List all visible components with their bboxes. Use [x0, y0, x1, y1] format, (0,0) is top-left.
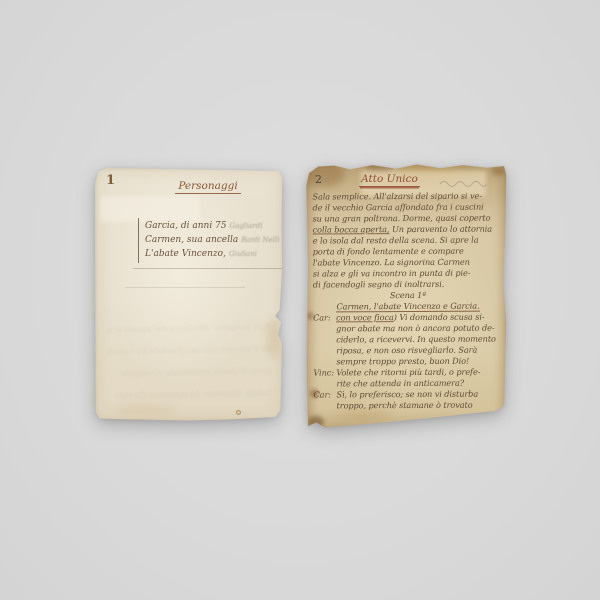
paper-stain [115, 405, 175, 415]
pencil-annotation: Giuliani [229, 250, 257, 258]
right-page-wrapper: 2 Atto Unico Sala semplice. All'alzarsi … [306, 164, 507, 430]
manuscript-text: Sala semplice. All'alzarsi del sipario s… [312, 191, 503, 412]
speaker-label: Vinc: [313, 367, 336, 378]
photo-background: 1 Personaggi Garcia, di anni 75Gagliardi… [0, 0, 600, 600]
left-manuscript-page: 1 Personaggi Garcia, di anni 75Gagliardi… [95, 168, 283, 421]
cast-entry: Carmen, sua ancellaBanti Nelli [145, 233, 279, 247]
cast-entry: L'abate Vincenzo,Giuliani [145, 247, 279, 261]
dialog-line: Vinc:Volete che ritorni più tardi, o pre… [313, 367, 503, 379]
pencil-rule-line [125, 287, 245, 288]
paper-stain [267, 318, 281, 358]
pencil-scribble [439, 178, 487, 188]
foxing-stain [336, 410, 391, 421]
binding-hole [236, 410, 241, 415]
dialog-line: riposa, e non oso risvegliarlo. Sarà [313, 345, 503, 357]
speaker-label: Car: [313, 312, 336, 323]
cast-entry: Garcia, di anni 75Gagliardi [145, 219, 279, 233]
left-page-title: Personaggi [95, 180, 283, 192]
dialog-line: troppo, perchè stamane ò trovato [314, 400, 504, 412]
pencil-annotation: Banti Nelli [241, 236, 279, 244]
dialog-line: Car:Sì, lo preferisco; se non vi disturb… [313, 389, 503, 401]
foxing-stain [308, 416, 324, 428]
right-manuscript-page: 2 Atto Unico Sala semplice. All'alzarsi … [306, 164, 507, 430]
speaker-label: Car: [313, 389, 336, 400]
ink-showthrough: Sala semplice. All'alzarsi del sipario s… [106, 317, 272, 408]
cast-list-bracket [138, 218, 139, 263]
cast-list: Garcia, di anni 75Gagliardi Carmen, sua … [145, 219, 279, 261]
pencil-rule-line [133, 268, 283, 269]
pencil-annotation: Gagliardi [230, 222, 263, 230]
stage-direction-line: e lo isola dal resto della scena. Si apr… [313, 235, 503, 247]
left-page-wrapper: 1 Personaggi Garcia, di anni 75Gagliardi… [95, 168, 283, 421]
